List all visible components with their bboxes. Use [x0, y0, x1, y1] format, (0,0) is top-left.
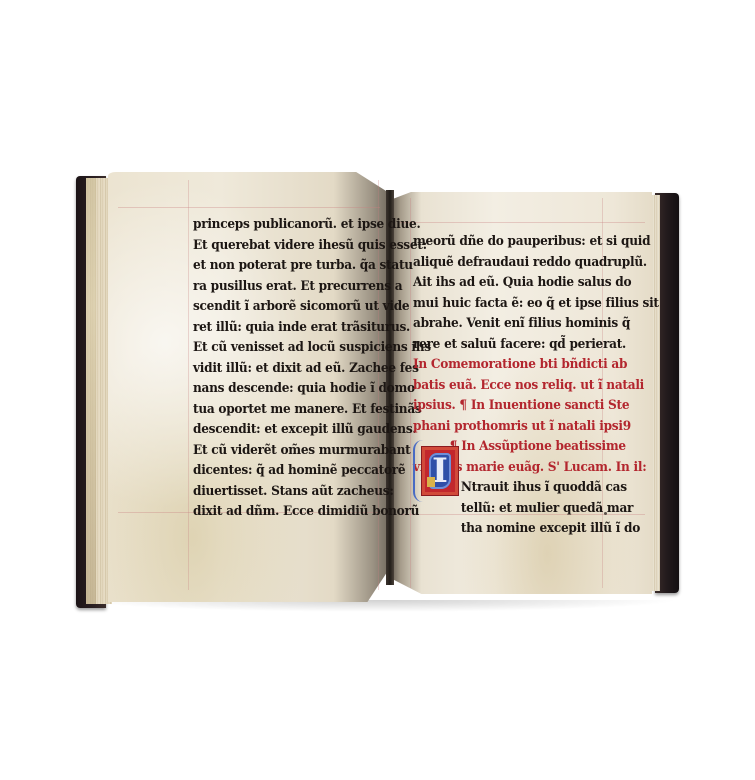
illuminated-initial: I [421, 446, 459, 496]
text-line: dicentes: q̃ ad hominẽ peccatorẽ [193, 461, 431, 482]
text-line: diuertisset. Stans aũt zacheus: [193, 482, 431, 503]
text-line: Ait ihs ad eũ. Quia hodie salus do [413, 273, 659, 294]
initial-letter: I [422, 449, 458, 493]
text-line: vidit illũ: et dixit ad eũ. Zachee fes [193, 359, 431, 380]
text-line: dixit ad dñm. Ecce dimidiũ bonorũ [193, 502, 431, 523]
text-line: tellũ: et mulier quedã mar [413, 499, 659, 520]
text-line: tha nomine excepit illũ ĩ do [413, 519, 659, 540]
text-line: aliquẽ defraudaui reddo quadruplũ. [413, 253, 659, 274]
text-line: Et querebat videre ihesũ quis esset: [193, 236, 431, 257]
ruling-line [188, 180, 189, 590]
rubric-line: In Comemoratione bti bñdicti ab [413, 355, 659, 376]
text-line: Et cũ viderẽt om̃es murmurabant [193, 441, 431, 462]
text-line: princeps publicanorũ. et ipse diue. [193, 215, 431, 236]
rubric-line: batis euã. Ecce nos reliq. ut ĩ natali [413, 376, 659, 397]
text-line: abrahe. Venit enĩ filius hominis q̃ [413, 314, 659, 335]
text-line: Et cũ venisset ad locũ suspiciens ihs [193, 338, 431, 359]
ruling-line [400, 222, 645, 223]
rubric-line: ipsius. ¶ In Inuentione sancti Ste [413, 396, 659, 417]
left-page-text: princeps publicanorũ. et ipse diue. Et q… [193, 215, 431, 523]
text-line: descendit: et excepit illũ gaudens. [193, 420, 431, 441]
text-line: mui huic facta ẽ: eo q̃ et ipse filius s… [413, 294, 659, 315]
text-line: ra pusillus erat. Et precurrens a [193, 277, 431, 298]
text-line: ret illũ: quia inde erat trãsiturus. [193, 318, 431, 339]
text-line: scendit ĩ arborẽ sicomorũ ut vide [193, 297, 431, 318]
text-line: tua oportet me manere. Et festinãs [193, 400, 431, 421]
text-line: nans descende: quia hodie ĩ domo [193, 379, 431, 400]
ruling-line [118, 207, 380, 208]
text-line: meorũ dñe do pauperibus: et si quid [413, 232, 659, 253]
open-manuscript: princeps publicanorũ. et ipse diue. Et q… [0, 0, 755, 780]
text-line: et non poterat pre turba. q̃a statu [193, 256, 431, 277]
rubric-line: phani prothomris ut ĩ natali ipsi9 [413, 417, 659, 438]
text-line: rere et saluũ facere: qd̃ perierat. [413, 335, 659, 356]
